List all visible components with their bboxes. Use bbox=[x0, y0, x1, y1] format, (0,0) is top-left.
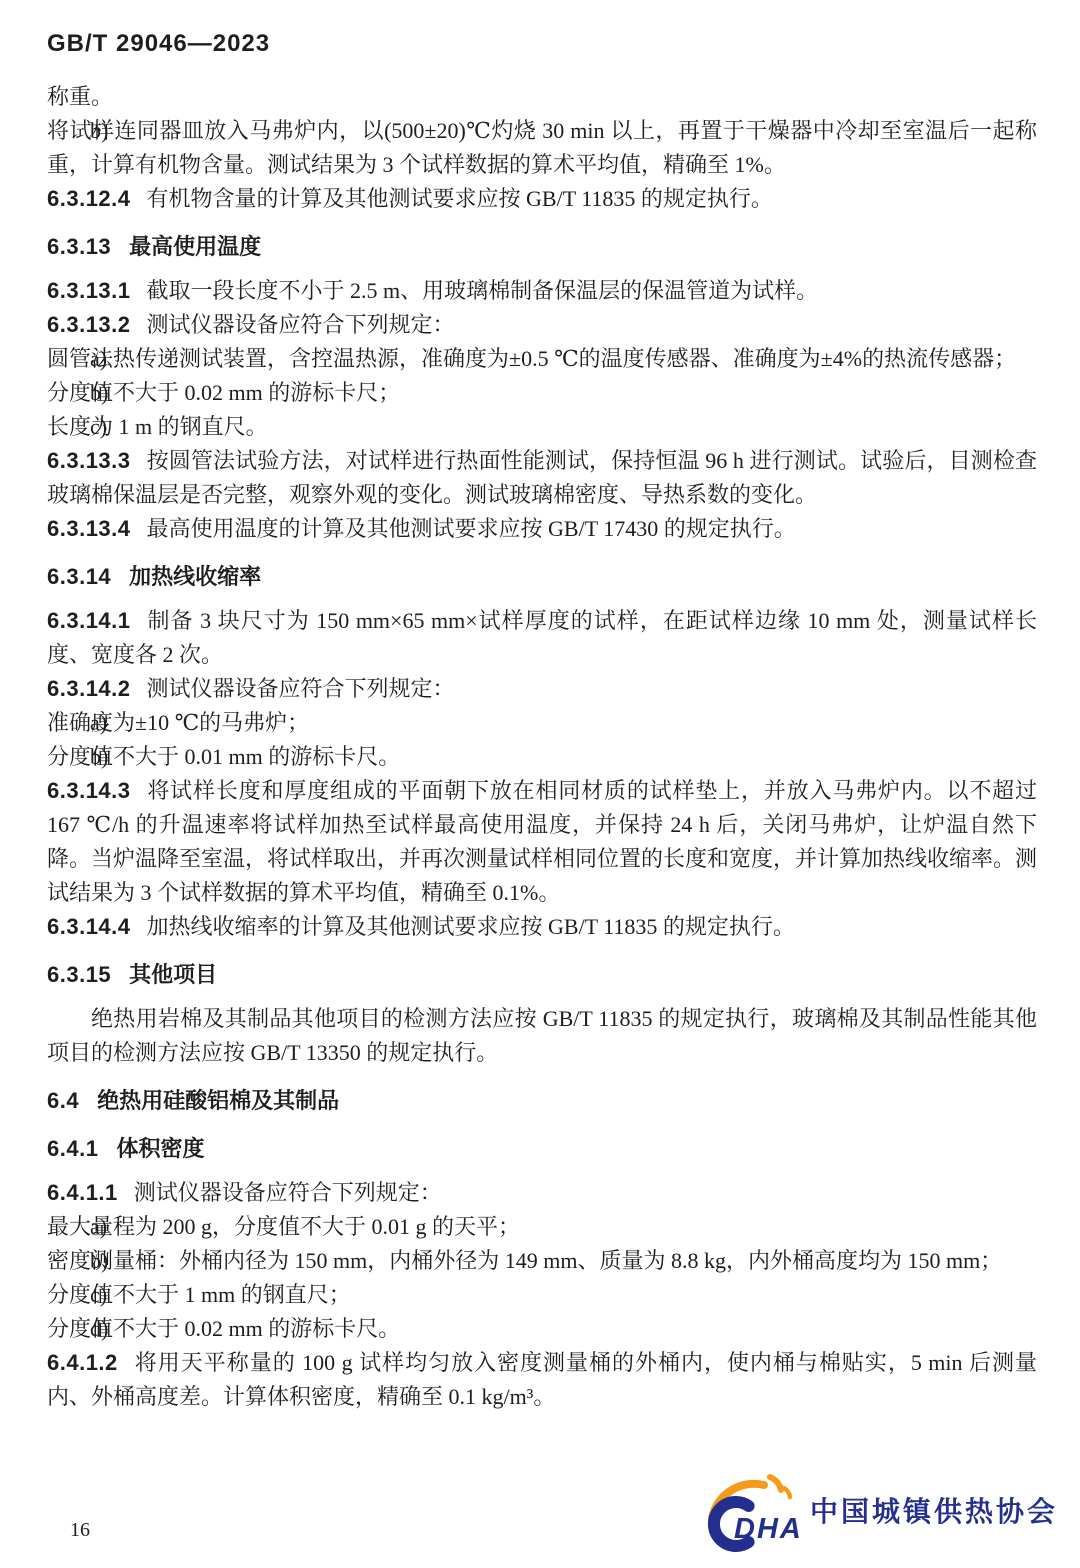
section-title: 加热线收缩率 bbox=[129, 564, 261, 589]
list-item: d)分度值不大于 0.02 mm 的游标卡尺。 bbox=[47, 1312, 1037, 1346]
clause-paragraph: 6.3.14.1制备 3 块尺寸为 150 mm×65 mm×试样厚度的试样，在… bbox=[47, 604, 1037, 672]
clause-number: 6.4.1.2 bbox=[47, 1350, 118, 1375]
list-item: b)分度值不大于 0.01 mm 的游标卡尺。 bbox=[47, 740, 1037, 774]
section-number: 6.3.13 bbox=[47, 234, 111, 259]
clause-paragraph: 6.3.12.4有机物含量的计算及其他测试要求应按 GB/T 11835 的规定… bbox=[47, 182, 1037, 216]
logo-tick-1 bbox=[770, 1477, 781, 1490]
org-name: 中国城镇供热协会 bbox=[810, 1490, 1058, 1536]
clause-number: 6.3.13.3 bbox=[47, 448, 131, 473]
section-number: 6.3.15 bbox=[47, 962, 111, 987]
clause-text: 制备 3 块尺寸为 150 mm×65 mm×试样厚度的试样，在距试样边缘 10… bbox=[47, 608, 1037, 667]
section-number: 6.4 bbox=[47, 1088, 79, 1113]
document-body: 称重。b)将试样连同器皿放入马弗炉内，以(500±20)℃灼烧 30 min 以… bbox=[47, 80, 1037, 1414]
clause-paragraph: 6.3.13.4最高使用温度的计算及其他测试要求应按 GB/T 17430 的规… bbox=[47, 512, 1037, 546]
clause-text: 测试仪器设备应符合下列规定： bbox=[147, 676, 455, 701]
section-number: 6.4.1 bbox=[47, 1136, 98, 1161]
clause-number: 6.3.14.2 bbox=[47, 676, 131, 701]
section-number: 6.3.14 bbox=[47, 564, 111, 589]
logo-abbr: DHA bbox=[734, 1513, 803, 1545]
clause-paragraph: 6.3.14.3将试样长度和厚度组成的平面朝下放在相同材质的试样垫上，并放入马弗… bbox=[47, 774, 1037, 910]
list-item: b)分度值不大于 0.02 mm 的游标卡尺； bbox=[47, 376, 1037, 410]
list-item-text: 准确度为±10 ℃的马弗炉； bbox=[47, 710, 309, 735]
clause-text: 测试仪器设备应符合下列规定： bbox=[147, 312, 455, 337]
clause-text: 加热线收缩率的计算及其他测试要求应按 GB/T 11835 的规定执行。 bbox=[147, 914, 795, 939]
list-item-text: 密度测量桶：外桶内径为 150 mm，内桶外径为 149 mm、质量为 8.8 … bbox=[47, 1248, 1002, 1273]
clause-text: 有机物含量的计算及其他测试要求应按 GB/T 11835 的规定执行。 bbox=[147, 186, 773, 211]
list-item-marker: a) bbox=[90, 1210, 107, 1244]
cdha-mark-icon: DHA bbox=[704, 1472, 804, 1554]
section-title: 体积密度 bbox=[116, 1136, 204, 1161]
logo-tick-2 bbox=[784, 1488, 790, 1497]
clause-text: 最高使用温度的计算及其他测试要求应按 GB/T 17430 的规定执行。 bbox=[147, 516, 796, 541]
list-item-text: 最大量程为 200 g，分度值不大于 0.01 g 的天平； bbox=[47, 1214, 520, 1239]
list-item-marker: b) bbox=[90, 740, 108, 774]
list-item-marker: a) bbox=[90, 706, 107, 740]
body-paragraph: 绝热用岩棉及其制品其他项目的检测方法应按 GB/T 11835 的规定执行，玻璃… bbox=[47, 1002, 1037, 1070]
list-item-marker: c) bbox=[90, 410, 107, 444]
clause-paragraph: 6.3.13.3按圆管法试验方法，对试样进行热面性能测试，保持恒温 96 h 进… bbox=[47, 444, 1037, 512]
clause-paragraph: 6.3.13.1截取一段长度不小于 2.5 m、用玻璃棉制备保温层的保温管道为试… bbox=[47, 274, 1037, 308]
list-item: a)准确度为±10 ℃的马弗炉； bbox=[47, 706, 1037, 740]
org-logo: DHA 中国城镇供热协会 bbox=[704, 1472, 1058, 1554]
clause-number: 6.3.14.1 bbox=[47, 608, 131, 633]
list-item-marker: b) bbox=[90, 114, 108, 148]
clause-paragraph: 6.4.1.1测试仪器设备应符合下列规定： bbox=[47, 1176, 1037, 1210]
clause-number: 6.3.13.4 bbox=[47, 516, 131, 541]
list-item: b)将试样连同器皿放入马弗炉内，以(500±20)℃灼烧 30 min 以上，再… bbox=[47, 114, 1037, 182]
list-item: c)长度为 1 m 的钢直尺。 bbox=[47, 410, 1037, 444]
list-item: b)密度测量桶：外桶内径为 150 mm，内桶外径为 149 mm、质量为 8.… bbox=[47, 1244, 1037, 1278]
section-heading: 6.3.13最高使用温度 bbox=[47, 230, 1037, 264]
clause-paragraph: 6.4.1.2将用天平称量的 100 g 试样均匀放入密度测量桶的外桶内，使内桶… bbox=[47, 1346, 1037, 1414]
clause-number: 6.3.13.1 bbox=[47, 278, 131, 303]
section-title: 其他项目 bbox=[129, 962, 217, 987]
list-item-marker: c) bbox=[90, 1278, 107, 1312]
clause-paragraph: 6.3.13.2测试仪器设备应符合下列规定： bbox=[47, 308, 1037, 342]
clause-paragraph: 6.3.14.4加热线收缩率的计算及其他测试要求应按 GB/T 11835 的规… bbox=[47, 910, 1037, 944]
section-title: 最高使用温度 bbox=[129, 234, 261, 259]
section-heading: 6.4绝热用硅酸铝棉及其制品 bbox=[47, 1084, 1037, 1118]
list-continuation: 称重。 bbox=[47, 80, 1037, 114]
body-paragraph-text: 绝热用岩棉及其制品其他项目的检测方法应按 GB/T 11835 的规定执行，玻璃… bbox=[47, 1006, 1037, 1065]
list-item: a)最大量程为 200 g，分度值不大于 0.01 g 的天平； bbox=[47, 1210, 1037, 1244]
clause-text: 截取一段长度不小于 2.5 m、用玻璃棉制备保温层的保温管道为试样。 bbox=[147, 278, 819, 303]
list-item-text: 长度为 1 m 的钢直尺。 bbox=[47, 414, 268, 439]
list-item: a)圆管法热传递测试装置，含控温热源，准确度为±0.5 ℃的温度传感器、准确度为… bbox=[47, 342, 1037, 376]
clause-number: 6.3.14.3 bbox=[47, 778, 131, 803]
clause-number: 6.4.1.1 bbox=[47, 1180, 118, 1205]
section-heading: 6.3.14加热线收缩率 bbox=[47, 560, 1037, 594]
document-page: GB/T 29046—2023 称重。b)将试样连同器皿放入马弗炉内，以(500… bbox=[0, 0, 1080, 1568]
clause-text: 测试仪器设备应符合下列规定： bbox=[134, 1180, 442, 1205]
clause-text: 将用天平称量的 100 g 试样均匀放入密度测量桶的外桶内，使内桶与棉贴实，5 … bbox=[47, 1350, 1037, 1409]
list-item-marker: a) bbox=[90, 342, 107, 376]
section-heading: 6.3.15其他项目 bbox=[47, 958, 1037, 992]
clause-number: 6.3.12.4 bbox=[47, 186, 131, 211]
section-title: 绝热用硅酸铝棉及其制品 bbox=[97, 1088, 339, 1113]
clause-number: 6.3.13.2 bbox=[47, 312, 131, 337]
list-item-text: 圆管法热传递测试装置，含控温热源，准确度为±0.5 ℃的温度传感器、准确度为±4… bbox=[47, 346, 1016, 371]
list-item-text: 将试样连同器皿放入马弗炉内，以(500±20)℃灼烧 30 min 以上，再置于… bbox=[47, 118, 1037, 177]
list-item-marker: b) bbox=[90, 1244, 108, 1278]
list-continuation-text: 称重。 bbox=[47, 84, 113, 109]
clause-number: 6.3.14.4 bbox=[47, 914, 131, 939]
clause-paragraph: 6.3.14.2测试仪器设备应符合下列规定： bbox=[47, 672, 1037, 706]
list-item-marker: b) bbox=[90, 376, 108, 410]
page-number: 16 bbox=[70, 1519, 90, 1542]
clause-text: 按圆管法试验方法，对试样进行热面性能测试，保持恒温 96 h 进行测试。试验后，… bbox=[47, 448, 1037, 507]
list-item: c)分度值不大于 1 mm 的钢直尺； bbox=[47, 1278, 1037, 1312]
section-heading: 6.4.1体积密度 bbox=[47, 1132, 1037, 1166]
clause-text: 将试样长度和厚度组成的平面朝下放在相同材质的试样垫上，并放入马弗炉内。以不超过 … bbox=[47, 778, 1037, 905]
list-item-marker: d) bbox=[90, 1312, 108, 1346]
doc-number: GB/T 29046—2023 bbox=[47, 30, 270, 58]
